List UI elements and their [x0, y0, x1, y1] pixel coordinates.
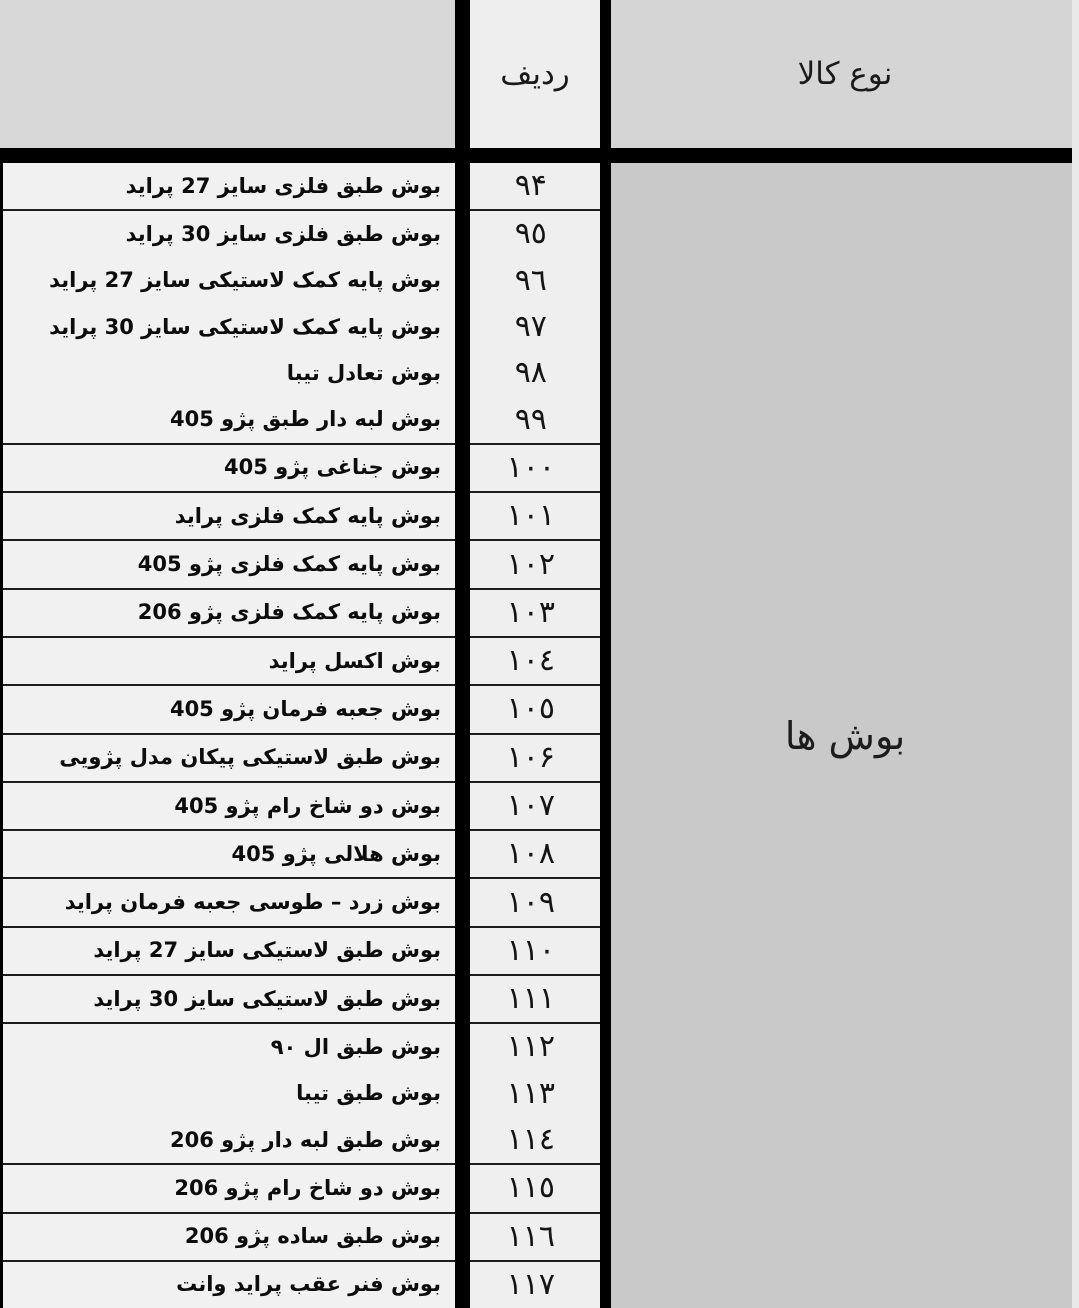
goods-type-category-cell: بوش ها: [611, 163, 1079, 1308]
item-name-label: بوش طبق ال ٩٠: [271, 1037, 441, 1058]
column-item-names: بوش طبق فلزی سایز 27 پرایدبوش طبق فلزی س…: [0, 0, 455, 1308]
catalog-table-page: بوش طبق فلزی سایز 27 پرایدبوش طبق فلزی س…: [0, 0, 1079, 1308]
item-cell: بوش طبق لبه دار پژو 206: [0, 1117, 455, 1165]
item-name-label: بوش جناغی پژو 405: [224, 457, 441, 478]
item-name-label: بوش طبق ساده پژو 206: [185, 1226, 441, 1247]
row-number-label: ١١٢: [507, 1032, 555, 1062]
row-number-cell: ١١٣: [470, 1071, 600, 1117]
goods-type-header-label: نوع کالا: [798, 56, 893, 92]
item-name-label: بوش طبق لاستیکی سایز 27 پراید: [93, 940, 441, 961]
row-number-label: ۹۴: [515, 171, 547, 201]
row-number-cell: ٩٦: [470, 258, 600, 304]
item-name-label: بوش طبق لبه دار پژو 206: [170, 1130, 441, 1151]
row-number-label: ١٠٥: [507, 694, 555, 724]
row-number-cell: ٩٥: [470, 211, 600, 257]
item-cell: بوش طبق فلزی سایز 30 پراید: [0, 211, 455, 257]
item-cell: بوش دو شاخ رام پژو 206: [0, 1165, 455, 1213]
item-cell: بوش طبق تیبا: [0, 1071, 455, 1117]
item-name-label: بوش تعادل تیبا: [287, 363, 441, 384]
row-number-cell: ١٠١: [470, 493, 600, 541]
item-cell: بوش پایه کمک فلزی پراید: [0, 493, 455, 541]
item-cell: بوش پایه کمک لاستیکی سایز 27 پراید: [0, 258, 455, 304]
row-number-cell: ١٠٩: [470, 879, 600, 927]
row-number-cell: ١١١: [470, 976, 600, 1024]
item-cell: بوش جعبه فرمان پژو 405: [0, 686, 455, 734]
item-name-label: بوش اکسل پراید: [269, 651, 441, 672]
row-number-cell: ١٠٠: [470, 445, 600, 493]
category-label: بوش ها: [785, 714, 905, 758]
row-number-cell: ٩٧: [470, 304, 600, 350]
item-cell: بوش طبق لاستیکی سایز 27 پراید: [0, 928, 455, 976]
table-left-border: [0, 148, 3, 1308]
item-name-label: بوش فنر عقب پراید وانت: [176, 1274, 441, 1295]
row-number-cell: ١٠٥: [470, 686, 600, 734]
row-number-cell: ١١٠: [470, 928, 600, 976]
item-cell: بوش دو شاخ رام پژو 405: [0, 783, 455, 831]
item-name-label: بوش زرد – طوسی جعبه فرمان پراید: [65, 892, 441, 913]
item-name-label: بوش طبق فلزی سایز 27 پراید: [126, 176, 441, 197]
item-name-label: بوش پایه کمک لاستیکی سایز 27 پراید: [49, 270, 441, 291]
column-row-number: ردیف ۹۴٩٥٩٦٩٧٩٨٩٩١٠٠١٠١١٠٢١٠٣١٠٤١٠٥١٠۶١٠…: [470, 0, 600, 1308]
row-number-cell: ١٠٢: [470, 541, 600, 589]
item-cell: بوش زرد – طوسی جعبه فرمان پراید: [0, 879, 455, 927]
row-number-cell: ۹۴: [470, 163, 600, 211]
row-number-cell: ١١٢: [470, 1024, 600, 1070]
item-cell: بوش تعادل تیبا: [0, 350, 455, 396]
item-name-label: بوش لبه دار طبق پژو 405: [170, 409, 441, 430]
item-cell: بوش جناغی پژو 405: [0, 445, 455, 493]
row-number-cell: ١١٥: [470, 1165, 600, 1213]
row-number-cell: ١٠٣: [470, 590, 600, 638]
item-names-body: بوش طبق فلزی سایز 27 پرایدبوش طبق فلزی س…: [0, 163, 455, 1308]
item-cell: بوش لبه دار طبق پژو 405: [0, 396, 455, 444]
item-name-label: بوش پایه کمک فلزی پژو 405: [138, 554, 441, 575]
row-number-label: ٩٩: [515, 405, 547, 435]
item-cell: بوش طبق ساده پژو 206: [0, 1214, 455, 1262]
item-name-label: بوش طبق فلزی سایز 30 پراید: [126, 224, 441, 245]
row-number-label: ١١٠: [507, 936, 555, 966]
item-name-label: بوش دو شاخ رام پژو 206: [174, 1178, 441, 1199]
row-number-body: ۹۴٩٥٩٦٩٧٩٨٩٩١٠٠١٠١١٠٢١٠٣١٠٤١٠٥١٠۶١٠٧١٠٨١…: [470, 163, 600, 1308]
row-number-label: ١١٥: [507, 1173, 555, 1203]
item-name-label: بوش طبق لاستیکی پیکان مدل پژویی: [59, 747, 441, 768]
item-cell: بوش پایه کمک لاستیکی سایز 30 پراید: [0, 304, 455, 350]
row-number-cell: ١١٧: [470, 1262, 600, 1308]
item-name-label: بوش هلالی پژو 405: [232, 844, 441, 865]
item-cell: بوش فنر عقب پراید وانت: [0, 1262, 455, 1308]
row-number-label: ١٠٣: [507, 598, 555, 628]
row-number-label: ٩٧: [515, 312, 547, 342]
row-number-label: ١١٧: [507, 1270, 555, 1300]
item-cell: بوش اکسل پراید: [0, 638, 455, 686]
row-number-header-cell: ردیف: [470, 0, 600, 148]
item-names-header-cell: [0, 0, 455, 148]
row-number-label: ١١١: [507, 984, 555, 1014]
row-number-cell: ١٠۶: [470, 735, 600, 783]
row-number-label: ١١٤: [507, 1125, 555, 1155]
row-number-label: ١٠٨: [507, 839, 555, 869]
item-name-label: بوش طبق تیبا: [296, 1083, 441, 1104]
row-number-cell: ١٠٧: [470, 783, 600, 831]
column-goods-type: نوع کالا بوش ها: [611, 0, 1079, 1308]
item-cell: بوش طبق ال ٩٠: [0, 1024, 455, 1070]
row-number-cell: ٩٩: [470, 396, 600, 444]
goods-type-header-cell: نوع کالا: [611, 0, 1079, 148]
row-number-label: ١٠٩: [507, 888, 555, 918]
thick-horizontal-divider: [0, 148, 1079, 163]
item-cell: بوش پایه کمک فلزی پژو 405: [0, 541, 455, 589]
row-number-header-label: ردیف: [500, 56, 570, 92]
item-cell: بوش طبق لاستیکی پیکان مدل پژویی: [0, 735, 455, 783]
row-number-cell: ١٠٤: [470, 638, 600, 686]
row-number-label: ١١٣: [507, 1079, 555, 1109]
item-cell: بوش پایه کمک فلزی پژو 206: [0, 590, 455, 638]
row-number-label: ١١٦: [507, 1222, 555, 1252]
item-cell: بوش طبق فلزی سایز 27 پراید: [0, 163, 455, 211]
row-number-label: ١٠٠: [507, 453, 555, 483]
row-number-label: ٩٦: [515, 266, 547, 296]
item-name-label: بوش طبق لاستیکی سایز 30 پراید: [93, 989, 441, 1010]
row-number-label: ١٠۶: [507, 743, 555, 773]
row-number-label: ٩٨: [515, 358, 547, 388]
item-cell: بوش هلالی پژو 405: [0, 831, 455, 879]
row-number-label: ١٠٧: [507, 791, 555, 821]
item-cell: بوش طبق لاستیکی سایز 30 پراید: [0, 976, 455, 1024]
page-right-edge: [1072, 0, 1079, 1308]
item-name-label: بوش جعبه فرمان پژو 405: [170, 699, 441, 720]
item-name-label: بوش پایه کمک فلزی پژو 206: [138, 602, 441, 623]
item-name-label: بوش دو شاخ رام پژو 405: [174, 796, 441, 817]
item-name-label: بوش پایه کمک فلزی پراید: [175, 506, 441, 527]
row-number-label: ٩٥: [515, 219, 547, 249]
row-number-label: ١٠٢: [507, 550, 555, 580]
row-number-label: ١٠١: [507, 501, 555, 531]
row-number-cell: ١٠٨: [470, 831, 600, 879]
item-name-label: بوش پایه کمک لاستیکی سایز 30 پراید: [49, 317, 441, 338]
row-number-cell: ١١٦: [470, 1214, 600, 1262]
row-number-label: ١٠٤: [507, 646, 555, 676]
row-number-cell: ١١٤: [470, 1117, 600, 1165]
row-number-cell: ٩٨: [470, 350, 600, 396]
